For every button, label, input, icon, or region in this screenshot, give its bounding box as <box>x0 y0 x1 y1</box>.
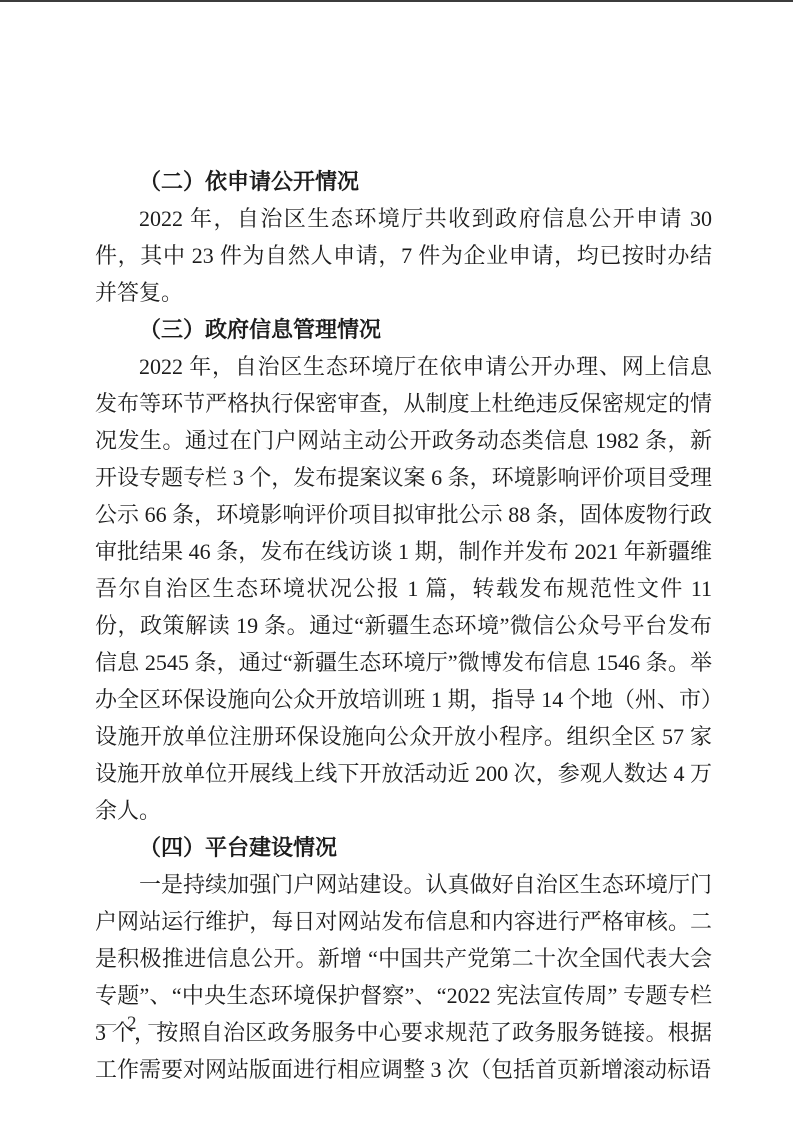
section-heading-information-management: （三）政府信息管理情况 <box>95 311 712 348</box>
page-number: 2 <box>127 1013 137 1034</box>
scan-edge-line <box>0 0 793 2</box>
footer-dash-right: — <box>149 1013 167 1034</box>
section-heading-platform-construction: （四）平台建设情况 <box>95 829 712 866</box>
document-page: （二）依申请公开情况 2022 年，自治区生态环境厅共收到政府信息公开申请 30… <box>0 0 793 1122</box>
page-footer: —2— <box>97 1012 167 1036</box>
footer-dash-left: — <box>97 1013 115 1034</box>
section-paragraph-information-management: 2022 年，自治区生态环境厅在依申请公开办理、网上信息发布等环节严格执行保密审… <box>95 348 712 829</box>
document-body: （二）依申请公开情况 2022 年，自治区生态环境厅共收到政府信息公开申请 30… <box>95 163 712 1088</box>
section-paragraph-platform-construction: 一是持续加强门户网站建设。认真做好自治区生态环境厅门户网站运行维护，每日对网站发… <box>95 866 712 1088</box>
section-heading-request-disclosure: （二）依申请公开情况 <box>95 163 712 200</box>
section-paragraph-request-disclosure: 2022 年，自治区生态环境厅共收到政府信息公开申请 30 件，其中 23 件为… <box>95 200 712 311</box>
